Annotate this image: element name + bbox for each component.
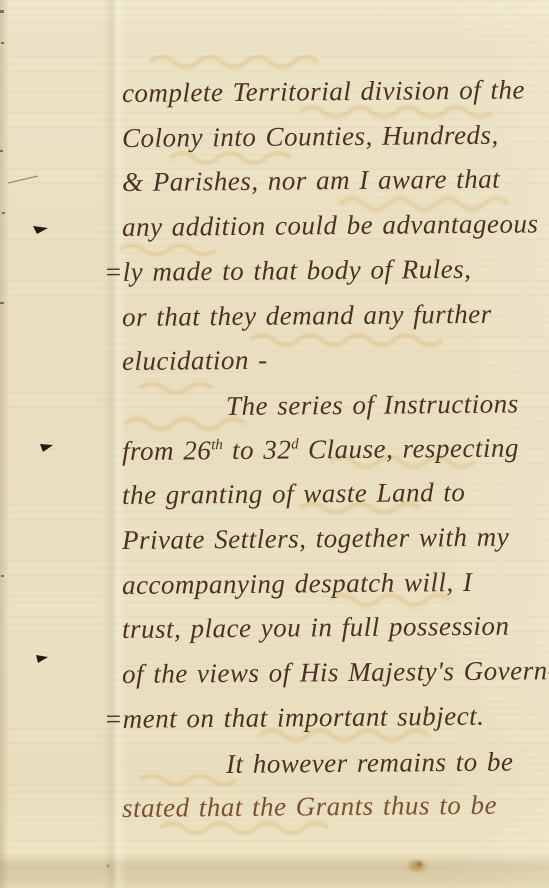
- manuscript-line: stated that the Grants thus to be: [122, 790, 497, 824]
- manuscript-line: complete Territorial division of the: [122, 74, 525, 109]
- manuscript-line: =ly made to that body of Rules,: [104, 254, 472, 288]
- manuscript-line: The series of Instructions: [226, 388, 519, 422]
- manuscript-line: Private Settlers, together with my: [122, 522, 509, 556]
- manuscript-line: Colony into Counties, Hundreds,: [122, 119, 499, 153]
- manuscript-line: elucidation -: [122, 345, 268, 377]
- manuscript-line: of the views of His Majesty's Govern-: [122, 655, 549, 690]
- manuscript-line: =ment on that important subject.: [104, 700, 485, 734]
- manuscript-line: any addition could be advantageous: [122, 208, 539, 243]
- manuscript-line: or that they demand any further: [122, 298, 492, 332]
- manuscript-text: complete Territorial division of theColo…: [0, 0, 549, 888]
- manuscript-line: from 26th to 32d Clause, respecting: [122, 432, 519, 466]
- manuscript-line: trust, place you in full possession: [122, 611, 510, 645]
- manuscript-page: complete Territorial division of theColo…: [0, 0, 549, 888]
- manuscript-line: It however remains to be: [226, 746, 514, 780]
- manuscript-line: accompanying despatch will, I: [122, 567, 473, 601]
- manuscript-line: the granting of waste Land to: [122, 477, 466, 511]
- manuscript-line: & Parishes, nor am I aware that: [122, 164, 501, 198]
